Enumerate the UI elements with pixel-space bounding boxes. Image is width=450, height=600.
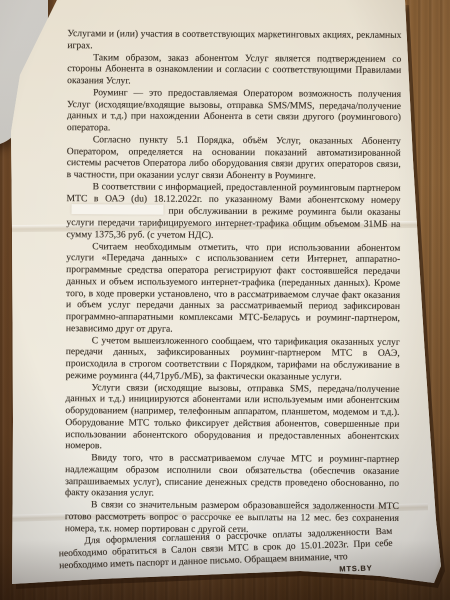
letter-page: Услугами и (или) участия в соответствующ… xyxy=(0,0,450,600)
redaction-box xyxy=(71,204,163,214)
paragraph-services-initiated: Услуги связи (исходящие вызовы, отправка… xyxy=(65,382,399,454)
letter-body: Услугами и (или) участия в соответствующ… xyxy=(65,28,402,584)
paragraph-roaming-definition: Роуминг — это предоставляемая Оператором… xyxy=(67,87,401,136)
paragraph-tariffication: С учетом вышеизложенного сообщаем, что т… xyxy=(66,335,400,384)
photo-background: Услугами и (или) участия в соответствующ… xyxy=(0,0,450,600)
paragraph-roaming-partner-info: В соответствии с информацией, предоставл… xyxy=(66,181,400,242)
paragraph-continuation: Услугами и (или) участия в соответствующ… xyxy=(67,28,401,53)
paragraph-obligations-fulfilled: Ввиду того, что в рассматриваемом случае… xyxy=(65,452,399,501)
paragraph-clause-5-1: Согласно пункту 5.1 Порядка, объём Услуг… xyxy=(67,134,401,183)
paragraph-order-confirmation: Таким образом, заказ абонентом Услуг явл… xyxy=(67,52,401,89)
redacted-paragraph-before: В соответствии с информацией, предоставл… xyxy=(67,181,401,205)
paragraph-data-transfer-note: Считаем необходимым отметить, что при ис… xyxy=(66,241,400,337)
